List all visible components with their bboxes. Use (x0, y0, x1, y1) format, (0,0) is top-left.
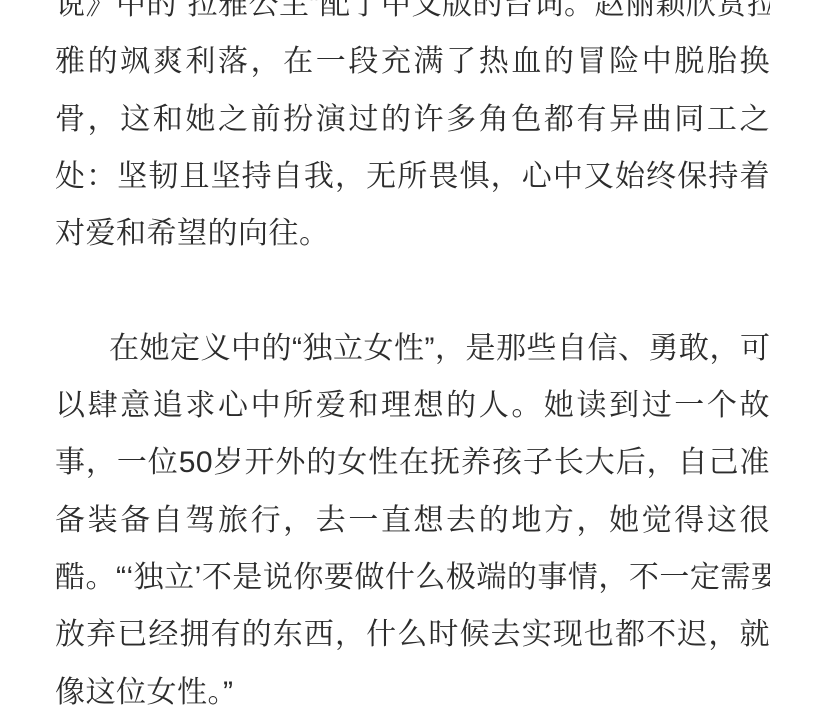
text-line: 备装备自驾旅行，去一直想去的地方，她觉得这很 (55, 492, 770, 549)
text-line: 以肆意追求心中所爱和理想的人。她读到过一个故 (55, 377, 770, 434)
paragraph-spacer (55, 262, 770, 319)
text-line: 像这位女性。” (55, 664, 770, 721)
text-line: 酷。“‘独立’不是说你要做什么极端的事情，不一定需要 (55, 549, 770, 606)
text-line: 事，一位50岁开外的女性在抚养孩子长大后，自己准 (55, 434, 770, 491)
text-line: 对爱和希望的向往。 (55, 205, 770, 262)
text-line: 放弃已经拥有的东西，什么时候去实现也都不迟，就 (55, 606, 770, 663)
text-line: 雅的飒爽利落，在一段充满了热血的冒险中脱胎换 (55, 33, 770, 90)
paragraph-2: 在她定义中的“独立女性”，是那些自信、勇敢，可 以肆意追求心中所爱和理想的人。她… (55, 320, 770, 721)
text-line: 骨，这和她之前扮演过的许多角色都有异曲同工之 (55, 91, 770, 148)
text-line: 处：坚韧且坚持自我，无所畏惧，心中又始终保持着 (55, 148, 770, 205)
text-line: 在她定义中的“独立女性”，是那些自信、勇敢，可 (55, 320, 770, 377)
article-body: 说》中的“拉雅公主”配了中文版的台词。赵丽颖欣赏拉 雅的飒爽利落，在一段充满了热… (55, 0, 770, 721)
text-line: 说》中的“拉雅公主”配了中文版的台词。赵丽颖欣赏拉 (55, 0, 770, 33)
article-page: 说》中的“拉雅公主”配了中文版的台词。赵丽颖欣赏拉 雅的飒爽利落，在一段充满了热… (0, 0, 826, 728)
paragraph-1: 说》中的“拉雅公主”配了中文版的台词。赵丽颖欣赏拉 雅的飒爽利落，在一段充满了热… (55, 0, 770, 262)
